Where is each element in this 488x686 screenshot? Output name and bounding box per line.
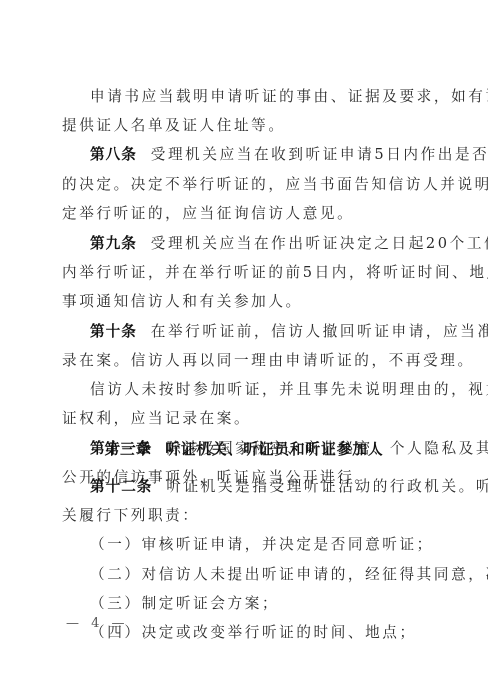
text-line: （四）决定或改变举行听证的时间、地点； (90, 624, 428, 642)
article-paragraph-start: 第十二条听证机关是指受理听证活动的行政机关。听证机 (90, 478, 428, 496)
text-line: 事项通知信访人和有关参加人。 (62, 293, 428, 311)
line-text: 事项通知信访人和有关参加人。 (62, 293, 303, 310)
chapter-heading: 第三章听证机关、听证员和听证参加人 (0, 438, 488, 459)
article-number: 第十二条 (90, 478, 152, 495)
text-line: 关履行下列职责： (62, 507, 428, 525)
line-text: （四）决定或改变举行听证的时间、地点； (90, 624, 417, 641)
text-line: 提供证人名单及证人住址等。 (62, 117, 428, 135)
line-text: 信访人未按时参加听证，并且事先未说明理由的，视为放弃听 (90, 381, 488, 398)
chapter-number: 第三章 (104, 441, 151, 458)
line-text: 内举行听证，并在举行听证的前5日内，将听证时间、地点及相关 (62, 264, 488, 281)
text-line: 信访人未按时参加听证，并且事先未说明理由的，视为放弃听 (90, 381, 428, 399)
text-line: 的决定。决定不举行听证的，应当书面告知信访人并说明理由；决 (62, 176, 428, 194)
text-line: （一）审核听证申请，并决定是否同意听证； (90, 536, 428, 554)
text-line: 证权利，应当记录在案。 (62, 410, 428, 428)
line-text: 受理机关应当在作出听证决定之日起20个工作日 (151, 235, 488, 252)
article-number: 第八条 (90, 146, 137, 163)
chapter-title: 听证机关、听证员和听证参加人 (165, 441, 383, 458)
text-line: 定举行听证的，应当征询信访人意见。 (62, 205, 428, 223)
line-text: 录在案。信访人再以同一理由申请听证的，不再受理。 (62, 352, 475, 369)
text-line: 内举行听证，并在举行听证的前5日内，将听证时间、地点及相关 (62, 264, 428, 282)
line-text: 定举行听证的，应当征询信访人意见。 (62, 205, 354, 222)
page-number: — 4 — (66, 616, 129, 631)
line-text: 申请书应当载明申请听证的事由、证据及要求，如有证人，需 (90, 88, 488, 105)
line-text: （一）审核听证申请，并决定是否同意听证； (90, 536, 434, 553)
article-number: 第十条 (90, 323, 137, 340)
text-line: （二）对信访人未提出听证申请的，经征得其同意，决定听证； (90, 566, 428, 584)
line-text: 受理机关应当在收到听证申请5日内作出是否受理 (151, 146, 488, 163)
text-line: （三）制定听证会方案； (90, 595, 428, 613)
line-text: 的决定。决定不举行听证的，应当书面告知信访人并说明理由；决 (62, 176, 488, 193)
text-line: 录在案。信访人再以同一理由申请听证的，不再受理。 (62, 352, 428, 370)
document-page: 申请书应当载明申请听证的事由、证据及要求，如有证人，需提供证人名单及证人住址等。… (0, 0, 488, 686)
article-number: 第九条 (90, 235, 137, 252)
line-text: （三）制定听证会方案； (90, 595, 279, 612)
line-text: （二）对信访人未提出听证申请的，经征得其同意，决定听证； (90, 566, 488, 583)
line-text: 提供证人名单及证人住址等。 (62, 117, 286, 134)
line-text: 听证机关是指受理听证活动的行政机关。听证机 (166, 478, 488, 495)
line-text: 关履行下列职责： (62, 507, 200, 524)
line-text: 在举行听证前，信访人撤回听证申请，应当准许并记 (151, 323, 488, 340)
text-line: 申请书应当载明申请听证的事由、证据及要求，如有证人，需 (90, 88, 428, 106)
article-paragraph-start: 第八条受理机关应当在收到听证申请5日内作出是否受理 (90, 146, 428, 164)
article-paragraph-start: 第九条受理机关应当在作出听证决定之日起20个工作日 (90, 235, 428, 253)
article-paragraph-start: 第十条在举行听证前，信访人撤回听证申请，应当准许并记 (90, 323, 428, 341)
line-text: 证权利，应当记录在案。 (62, 410, 251, 427)
